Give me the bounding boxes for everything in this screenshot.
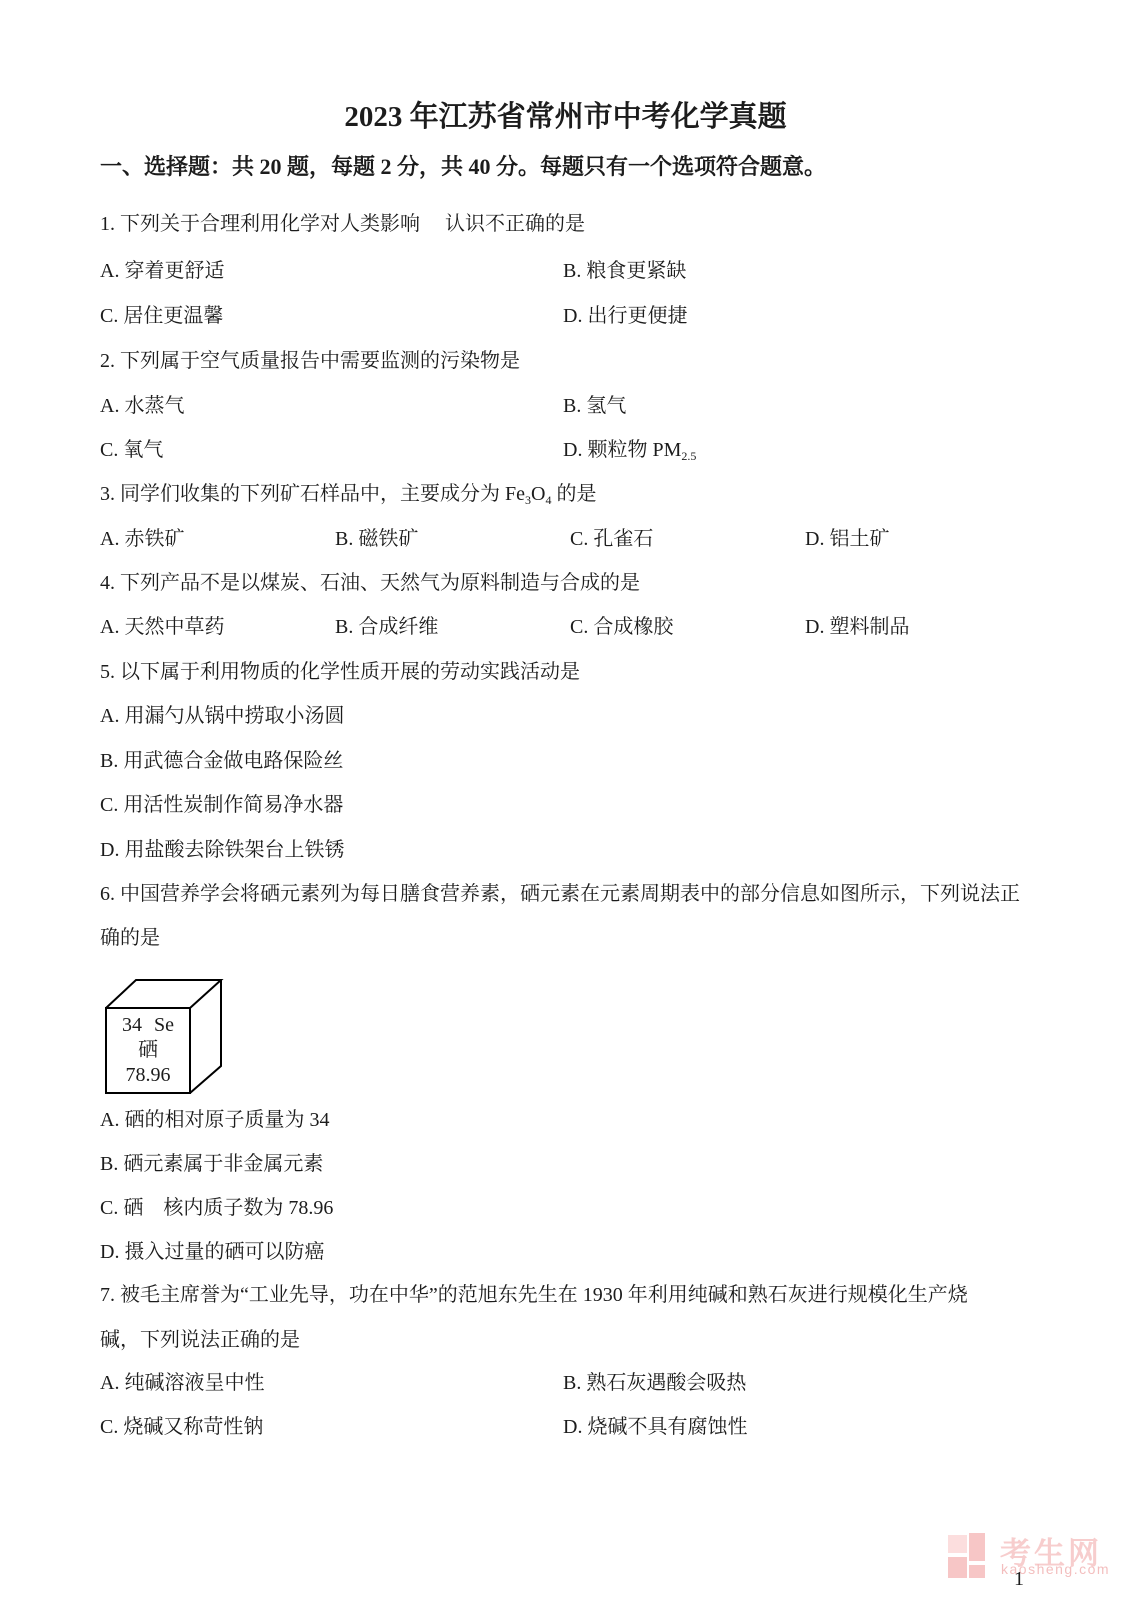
question-6-option-b: B. 硒元素属于非金属元素 [100, 1151, 323, 1178]
question-3-stem: 3. 同学们收集的下列矿石样品中，主要成分为 Fe3O4 的是 [100, 481, 596, 508]
pm-subscript: 2.5 [681, 449, 696, 463]
element-name: 硒 [138, 1038, 158, 1063]
question-4-option-c: C. 合成橡胶 [570, 614, 673, 641]
question-1-option-c: C. 居住更温馨 [100, 303, 223, 330]
question-1-option-b: B. 粮食更紧缺 [563, 258, 686, 285]
question-6-stem-line2: 确的是 [100, 925, 160, 952]
question-7-option-d: D. 烧碱不具有腐蚀性 [563, 1414, 747, 1441]
option-d-text: D. 颗粒物 PM [563, 439, 681, 461]
question-2-option-a: A. 水蒸气 [100, 393, 184, 420]
question-1-option-d: D. 出行更便捷 [563, 303, 687, 330]
atomic-mass: 78.96 [126, 1063, 171, 1088]
question-5-option-a: A. 用漏勺从锅中捞取小汤圆 [100, 703, 344, 730]
question-7-option-b: B. 熟石灰遇酸会吸热 [563, 1370, 746, 1397]
question-1-option-a: A. 穿着更舒适 [100, 258, 224, 285]
question-6-option-d: D. 摄入过量的硒可以防癌 [100, 1239, 324, 1266]
question-4-option-b: B. 合成纤维 [335, 614, 438, 641]
stem-text: O [531, 483, 545, 505]
atomic-number: 34 [122, 1013, 142, 1038]
question-4-option-a: A. 天然中草药 [100, 614, 224, 641]
kaosheng-logo-icon [969, 1565, 985, 1578]
exam-paper-page: 2023 年江苏省常州市中考化学真题 一、选择题：共 20 题，每题 2 分，共… [0, 0, 1131, 1600]
kaosheng-logo-icon [948, 1535, 967, 1553]
question-3-option-b: B. 磁铁矿 [335, 526, 418, 553]
exam-title: 2023 年江苏省常州市中考化学真题 [0, 94, 1131, 135]
stem-text: 的是 [551, 483, 596, 505]
kaosheng-watermark: 考生网 kaosheng.com [948, 1532, 1123, 1584]
question-6-stem-line1: 6. 中国营养学会将硒元素列为每日膳食营养素，硒元素在元素周期表中的部分信息如图… [100, 881, 1020, 908]
question-6-option-a: A. 硒的相对原子质量为 34 [100, 1107, 329, 1134]
selenium-periodic-cell-diagram: 34 Se 硒 78.96 [104, 977, 224, 1097]
question-2-option-b: B. 氢气 [563, 393, 626, 420]
question-3-option-c: C. 孔雀石 [570, 526, 653, 553]
question-5-stem: 5. 以下属于利用物质的化学性质开展的劳动实践活动是 [100, 659, 580, 686]
question-2-option-c: C. 氧气 [100, 437, 163, 464]
element-symbol: Se [154, 1013, 174, 1038]
question-7-option-a: A. 纯碱溶液呈中性 [100, 1370, 264, 1397]
stem-text: 3. 同学们收集的下列矿石样品中，主要成分为 Fe [100, 483, 525, 505]
kaosheng-logo-icon [969, 1533, 985, 1561]
question-3-option-a: A. 赤铁矿 [100, 526, 184, 553]
question-7-stem-line2: 碱，下列说法正确的是 [100, 1327, 300, 1354]
question-3-option-d: D. 铝土矿 [805, 526, 889, 553]
question-6-option-c: C. 硒 核内质子数为 78.96 [100, 1195, 333, 1222]
question-7-stem-line1: 7. 被毛主席誉为“工业先导，功在中华”的范旭东先生在 1930 年利用纯碱和熟… [100, 1282, 968, 1309]
question-7-option-c: C. 烧碱又称苛性钠 [100, 1414, 263, 1441]
question-2-stem: 2. 下列属于空气质量报告中需要监测的污染物是 [100, 348, 520, 375]
question-5-option-d: D. 用盐酸去除铁架台上铁锈 [100, 837, 344, 864]
question-5-option-b: B. 用武德合金做电路保险丝 [100, 748, 343, 775]
question-5-option-c: C. 用活性炭制作简易净水器 [100, 792, 343, 819]
page-number: 1 [1014, 1568, 1024, 1591]
question-2-option-d: D. 颗粒物 PM2.5 [563, 437, 696, 464]
question-4-stem: 4. 下列产品不是以煤炭、石油、天然气为原料制造与合成的是 [100, 570, 640, 597]
kaosheng-logo-icon [948, 1557, 967, 1578]
question-1-stem: 1. 下列关于合理利用化学对人类影响 认识不正确的是 [100, 211, 585, 238]
element-cell-front-face: 34 Se 硒 78.96 [106, 1008, 190, 1092]
section-header: 一、选择题：共 20 题，每题 2 分，共 40 分。每题只有一个选项符合题意。 [100, 152, 826, 182]
question-4-option-d: D. 塑料制品 [805, 614, 909, 641]
